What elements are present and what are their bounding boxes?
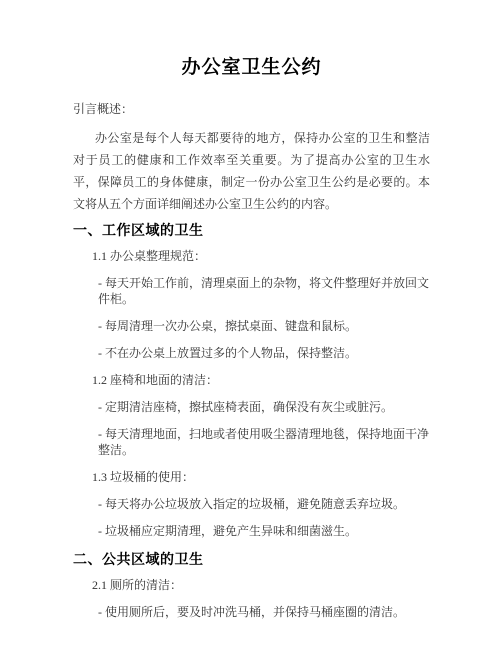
section-heading-1: 一、工作区域的卫生 bbox=[73, 221, 430, 239]
page-title: 办公室卫生公约 bbox=[73, 55, 430, 81]
subsection-label-1-3: 1.3 垃圾桶的使用： bbox=[92, 469, 430, 485]
subsection-label-1-2: 1.2 座椅和地面的清洁： bbox=[92, 372, 430, 388]
intro-paragraph: 办公室是每个人每天都要待的地方，保持办公室的卫生和整洁对于员工的健康和工作效率至… bbox=[73, 127, 430, 215]
list-item: - 每周清理一次办公桌，擦拭桌面、键盘和鼠标。 bbox=[98, 318, 430, 334]
list-item: - 垃圾桶应定期清理，避免产生异味和细菌滋生。 bbox=[98, 523, 430, 539]
document-page: 办公室卫生公约 引言概述： 办公室是每个人每天都要待的地方，保持办公室的卫生和整… bbox=[0, 0, 502, 649]
list-item: - 每天将办公垃圾放入指定的垃圾桶，避免随意丢弃垃圾。 bbox=[98, 496, 430, 512]
list-item: - 不在办公桌上放置过多的个人物品，保持整洁。 bbox=[98, 345, 430, 361]
intro-label: 引言概述： bbox=[73, 101, 430, 117]
list-item: - 使用厕所后，要及时冲洗马桶，并保持马桶座圈的清洁。 bbox=[98, 604, 430, 620]
subsection-label-1-1: 1.1 办公桌整理规范： bbox=[92, 248, 430, 264]
section-heading-2: 二、公共区域的卫生 bbox=[73, 550, 430, 568]
list-item: - 定期清洁座椅，擦拭座椅表面，确保没有灰尘或脏污。 bbox=[98, 399, 430, 415]
list-item: - 每天开始工作前，清理桌面上的杂物，将文件整理好并放回文件柜。 bbox=[98, 275, 430, 307]
subsection-label-2-1: 2.1 厕所的清洁： bbox=[92, 577, 430, 593]
list-item: - 每天清理地面，扫地或者使用吸尘器清理地毯，保持地面干净整洁。 bbox=[98, 426, 430, 458]
